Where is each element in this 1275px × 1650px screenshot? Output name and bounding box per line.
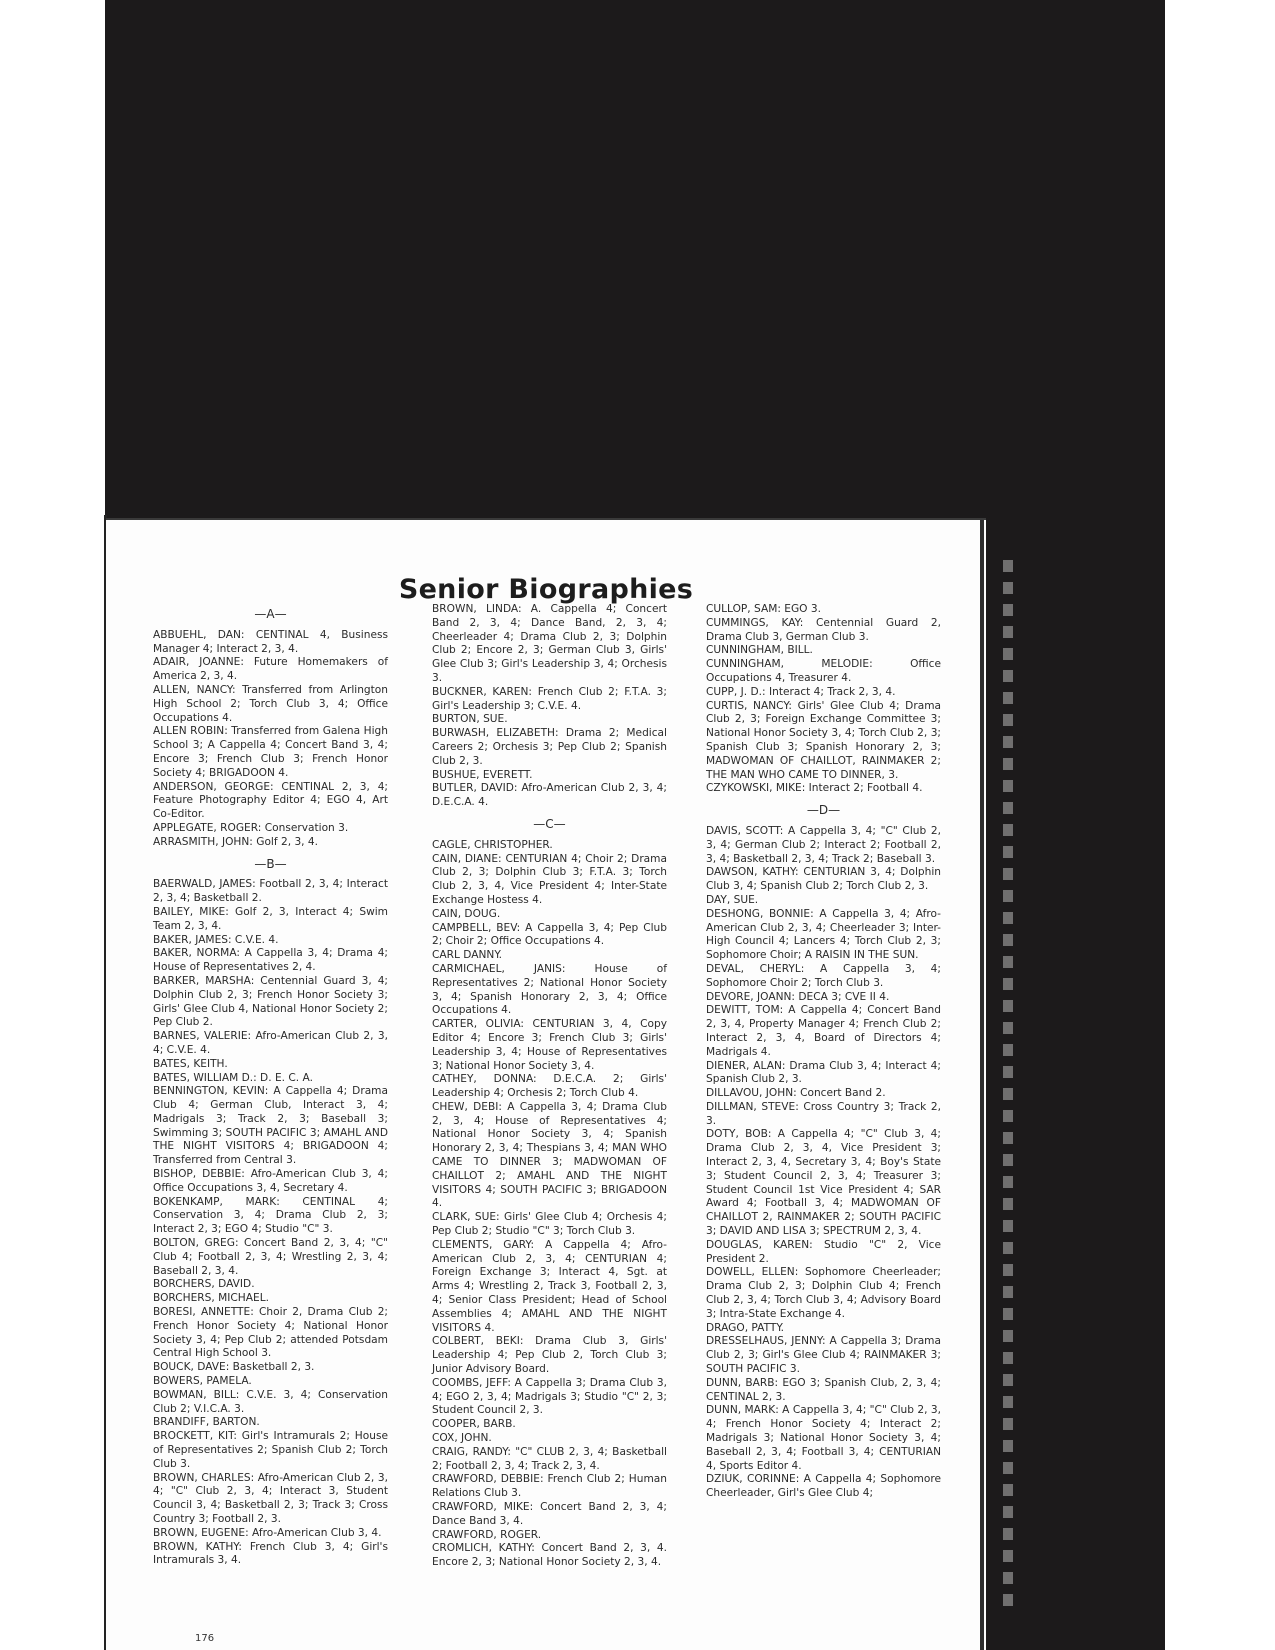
biography-entry: DEVORE, JOANN: DECA 3; CVE II 4. [706, 991, 941, 1005]
biography-entry: BOLTON, GREG: Concert Band 2, 3, 4; "C" … [153, 1237, 388, 1278]
biography-entry: CAMPBELL, BEV: A Cappella 3, 4; Pep Club… [432, 922, 667, 950]
section-letter-heading: —B— [153, 858, 388, 872]
biography-entry: DAWSON, KATHY: CENTURIAN 3, 4; Dolphin C… [706, 866, 941, 894]
biography-entry: CUMMINGS, KAY: Centennial Guard 2, Drama… [706, 617, 941, 645]
biography-entry: COOPER, BARB. [432, 1418, 667, 1432]
biography-entry: ARRASMITH, JOHN: Golf 2, 3, 4. [153, 836, 388, 850]
biography-entry: DEVAL, CHERYL: A Cappella 3, 4; Sophomor… [706, 963, 941, 991]
biography-entry: CHEW, DEBI: A Cappella 3, 4; Drama Club … [432, 1101, 667, 1211]
biography-entry: COX, JOHN. [432, 1432, 667, 1446]
biography-entry: DILLMAN, STEVE: Cross Country 3; Track 2… [706, 1101, 941, 1129]
biography-entry: BROWN, KATHY: French Club 3, 4; Girl's I… [153, 1541, 388, 1569]
biography-entry: CAIN, DIANE: CENTURIAN 4; Choir 2; Drama… [432, 853, 667, 908]
biography-entry: APPLEGATE, ROGER: Conservation 3. [153, 822, 388, 836]
biography-entry: DUNN, BARB: EGO 3; Spanish Club, 2, 3, 4… [706, 1377, 941, 1405]
biography-entry: BRANDIFF, BARTON. [153, 1416, 388, 1430]
biography-entry: CUNNINGHAM, MELODIE: Office Occupations … [706, 658, 941, 686]
biography-entry: BROWN, LINDA: A. Cappella 4; Concert Ban… [432, 603, 667, 686]
biography-entry: BISHOP, DEBBIE: Afro-American Club 3, 4;… [153, 1168, 388, 1196]
biography-entry: ALLEN ROBIN: Transferred from Galena Hig… [153, 725, 388, 780]
biography-entry: CRAWFORD, ROGER. [432, 1529, 667, 1543]
biography-entry: BUSHUE, EVERETT. [432, 769, 667, 783]
biography-entry: DRAGO, PATTY. [706, 1322, 941, 1336]
biography-entry: BAERWALD, JAMES: Football 2, 3, 4; Inter… [153, 878, 388, 906]
biography-entry: BARNES, VALERIE: Afro-American Club 2, 3… [153, 1030, 388, 1058]
biography-entry: CATHEY, DONNA: D.E.C.A. 2; Girls' Leader… [432, 1073, 667, 1101]
biography-entry: CAGLE, CHRISTOPHER. [432, 839, 667, 853]
scan-background-top [105, 0, 1165, 520]
biography-entry: BROWN, EUGENE: Afro-American Club 3, 4. [153, 1527, 388, 1541]
biography-entry: CARL DANNY. [432, 949, 667, 963]
biography-entry: BARKER, MARSHA: Centennial Guard 3, 4; D… [153, 975, 388, 1030]
biography-entry: CROMLICH, KATHY: Concert Band 2, 3, 4. E… [432, 1542, 667, 1570]
biography-entry: CULLOP, SAM: EGO 3. [706, 603, 941, 617]
spine-bleed-through [1003, 560, 1017, 1640]
biography-entry: CAIN, DOUG. [432, 908, 667, 922]
biography-entry: CLEMENTS, GARY: A Cappella 4; Afro-Ameri… [432, 1239, 667, 1336]
section-letter-heading: —D— [706, 804, 941, 818]
biography-entry: DAVIS, SCOTT: A Cappella 3, 4; "C" Club … [706, 825, 941, 866]
biography-entry: DAY, SUE. [706, 894, 941, 908]
biography-entry: DIENER, ALAN: Drama Club 3, 4; Interact … [706, 1060, 941, 1088]
page-number: 176 [195, 1633, 214, 1644]
column-1: —A—ABBUEHL, DAN: CENTINAL 4, Business Ma… [153, 600, 388, 1568]
biography-entry: BATES, KEITH. [153, 1058, 388, 1072]
biography-entry: DOUGLAS, KAREN: Studio "C" 2, Vice Presi… [706, 1239, 941, 1267]
biography-entry: CUNNINGHAM, BILL. [706, 644, 941, 658]
section-letter-heading: —C— [432, 818, 667, 832]
biography-entry: BROCKETT, KIT: Girl's Intramurals 2; Hou… [153, 1430, 388, 1471]
biography-entry: BAKER, NORMA: A Cappella 3, 4; Drama 4; … [153, 947, 388, 975]
biography-entry: CARTER, OLIVIA: CENTURIAN 3, 4, Copy Edi… [432, 1018, 667, 1073]
biography-entry: BORCHERS, MICHAEL. [153, 1292, 388, 1306]
biography-entry: ABBUEHL, DAN: CENTINAL 4, Business Manag… [153, 629, 388, 657]
biography-entry: CURTIS, NANCY: Girls' Glee Club 4; Drama… [706, 700, 941, 783]
biography-entry: BUCKNER, KAREN: French Club 2; F.T.A. 3;… [432, 686, 667, 714]
biography-entry: CRAWFORD, DEBBIE: French Club 2; Human R… [432, 1473, 667, 1501]
biography-entry: DEWITT, TOM: A Cappella 4; Concert Band … [706, 1004, 941, 1059]
biography-entry: BAILEY, MIKE: Golf 2, 3, Interact 4; Swi… [153, 906, 388, 934]
biography-entry: DOWELL, ELLEN: Sophomore Cheerleader; Dr… [706, 1266, 941, 1321]
biography-entry: DZIUK, CORINNE: A Cappella 4; Sophomore … [706, 1473, 941, 1501]
biography-entry: COOMBS, JEFF: A Cappella 3; Drama Club 3… [432, 1377, 667, 1418]
section-letter-heading: —A— [153, 608, 388, 622]
biography-entry: DILLAVOU, JOHN: Concert Band 2. [706, 1087, 941, 1101]
biography-entry: CUPP, J. D.: Interact 4; Track 2, 3, 4. [706, 686, 941, 700]
biography-entry: BENNINGTON, KEVIN: A Cappella 4; Drama C… [153, 1085, 388, 1168]
biography-entry: BORESI, ANNETTE: Choir 2, Drama Club 2; … [153, 1306, 388, 1361]
biography-entry: DUNN, MARK: A Cappella 3, 4; "C" Club 2,… [706, 1404, 941, 1473]
biography-entry: CRAWFORD, MIKE: Concert Band 2, 3, 4; Da… [432, 1501, 667, 1529]
biography-entry: BURTON, SUE. [432, 713, 667, 727]
biography-entry: ADAIR, JOANNE: Future Homemakers of Amer… [153, 656, 388, 684]
biography-entry: CZYKOWSKI, MIKE: Interact 2; Football 4. [706, 782, 941, 796]
biography-entry: BUTLER, DAVID: Afro-American Club 2, 3, … [432, 782, 667, 810]
biography-entry: DESHONG, BONNIE: A Cappella 3, 4; Afro-A… [706, 908, 941, 963]
biography-entry: CARMICHAEL, JANIS: House of Representati… [432, 963, 667, 1018]
biography-entry: BOWERS, PAMELA. [153, 1375, 388, 1389]
biography-entry: CRAIG, RANDY: "C" CLUB 2, 3, 4; Basketba… [432, 1446, 667, 1474]
biography-entry: COLBERT, BEKI: Drama Club 3, Girls' Lead… [432, 1335, 667, 1376]
biography-entry: ALLEN, NANCY: Transferred from Arlington… [153, 684, 388, 725]
biography-entry: BOWMAN, BILL: C.V.E. 3, 4; Conservation … [153, 1389, 388, 1417]
biography-entry: BAKER, JAMES: C.V.E. 4. [153, 934, 388, 948]
biography-entry: BORCHERS, DAVID. [153, 1278, 388, 1292]
biography-entry: BOKENKAMP, MARK: CENTINAL 4; Conservatio… [153, 1196, 388, 1237]
biography-entry: BOUCK, DAVE: Basketball 2, 3. [153, 1361, 388, 1375]
biography-entry: BROWN, CHARLES: Afro-American Club 2, 3,… [153, 1472, 388, 1527]
biography-entry: BATES, WILLIAM D.: D. E. C. A. [153, 1072, 388, 1086]
biography-entry: BURWASH, ELIZABETH: Drama 2; Medical Car… [432, 727, 667, 768]
column-2: BROWN, LINDA: A. Cappella 4; Concert Ban… [432, 603, 667, 1570]
biography-entry: DOTY, BOB: A Cappella 4; "C" Club 3, 4; … [706, 1128, 941, 1238]
biography-entry: DRESSELHAUS, JENNY: A Cappella 3; Drama … [706, 1335, 941, 1376]
biography-entry: ANDERSON, GEORGE: CENTINAL 2, 3, 4; Feat… [153, 781, 388, 822]
column-3: CULLOP, SAM: EGO 3.CUMMINGS, KAY: Centen… [706, 603, 941, 1501]
biography-entry: CLARK, SUE: Girls' Glee Club 4; Orchesis… [432, 1211, 667, 1239]
page-spine [980, 520, 984, 1650]
